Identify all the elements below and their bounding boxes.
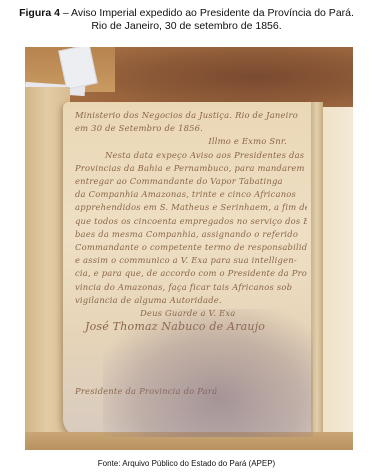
manuscript-line: Illmo e Exmo Snr. [75,135,307,148]
figure-title: – Aviso Imperial expedido ao Presidente … [60,7,354,19]
manuscript-line: entregar ao Commandante do Vapor Tabatin… [75,175,307,188]
caption-line-1: Figura 4 – Aviso Imperial expedido ao Pr… [0,7,373,20]
manuscript-line: em 30 de Setembro de 1856. [75,122,307,135]
caption-line-2: Rio de Janeiro, 30 de setembro de 1856. [0,20,373,33]
source-caption: Fonte: Arquivo Público do Estado do Pará… [0,459,373,468]
manuscript-line: e assim o communico a V. Exa para sua in… [75,254,307,267]
manuscript-line: apprehendidos em S. Matheus e Serinhaem,… [75,201,307,214]
manuscript-line: que todos os cincoenta empregados no ser… [75,215,307,228]
manuscript-line: cia, e para que, de accordo com o Presid… [75,267,307,280]
manuscript-line: Provincias da Bahia e Pernambuco, para m… [75,162,307,175]
manuscript-line: baes da mesma Companhia, assignando o re… [75,228,307,241]
photographer-shadow [103,309,313,437]
manuscript-photo: Ministerio dos Negocios da Justiça. Rio … [25,47,353,450]
manuscript-line: Nesta data expeço Aviso aos Presidentes … [75,149,307,162]
manuscript-line: Commandante o competente termo de respon… [75,241,307,254]
manuscript-line: vigilancia de alguma Autoridade. [75,294,307,307]
manuscript-line: da Companhia Amazonas, trinte e cinco Af… [75,188,307,201]
manuscript-line: vincia do Amazonas, faça ficar tais Afri… [75,281,307,294]
right-page [323,107,353,432]
manuscript-line: Ministerio dos Negocios da Justiça. Rio … [75,109,307,122]
figure-label: Figura 4 [19,7,60,19]
figure-caption: Figura 4 – Aviso Imperial expedido ao Pr… [0,7,373,33]
